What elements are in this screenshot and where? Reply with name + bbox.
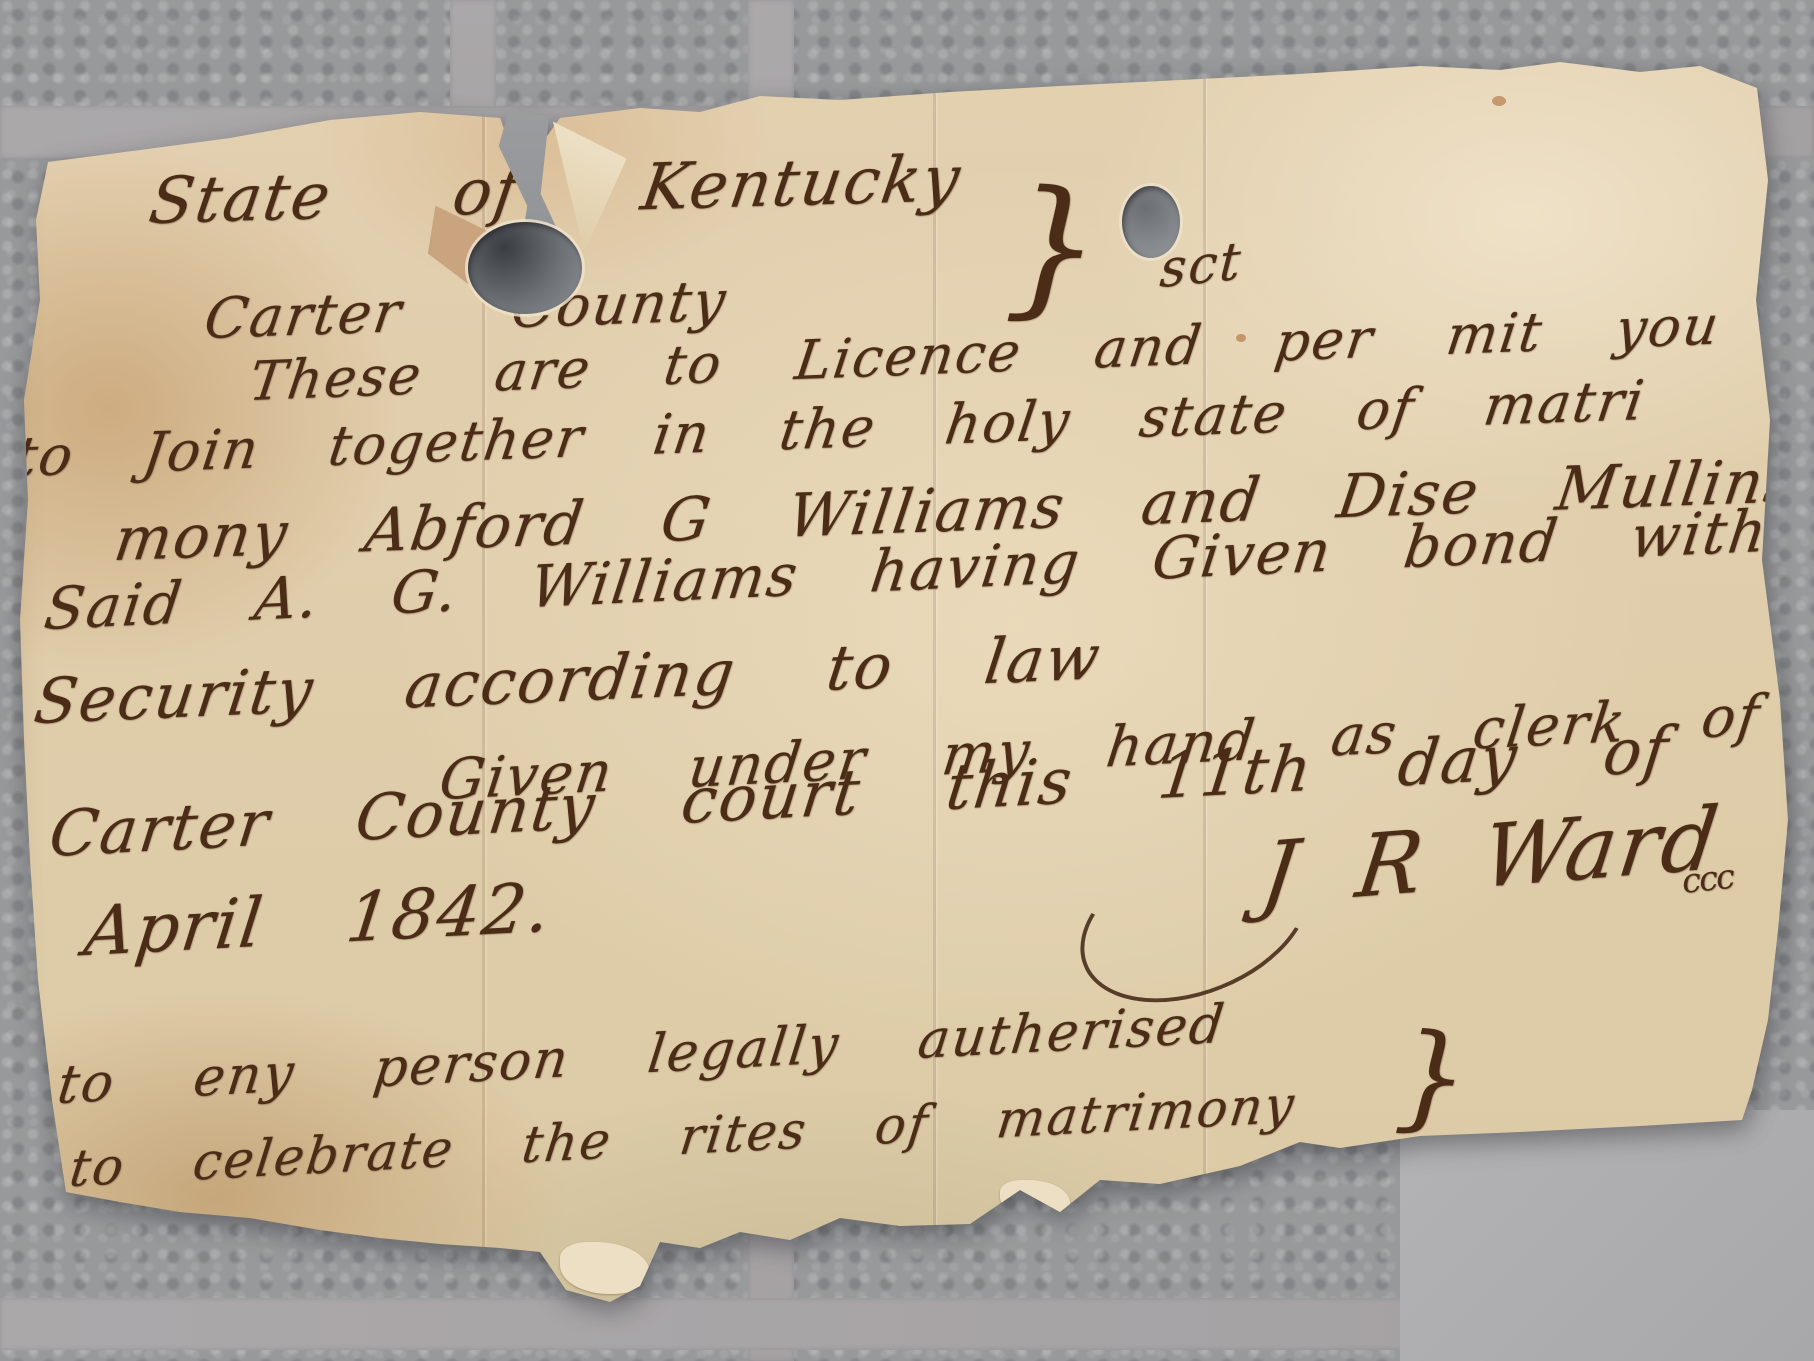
paper-sheet: State of Kentucky Carter County } sct Th…: [0, 0, 1814, 1361]
sct-brace-mark: }: [1002, 158, 1103, 335]
closing-brace-mark: }: [1392, 1008, 1472, 1146]
punched-hole-left: [468, 222, 582, 314]
photograph: State of Kentucky Carter County } sct Th…: [0, 0, 1814, 1361]
signature-flourish-ccc: ccc: [1680, 857, 1735, 902]
paper-document: State of Kentucky Carter County } sct Th…: [0, 0, 1814, 1361]
punched-hole-right: [1122, 186, 1180, 258]
